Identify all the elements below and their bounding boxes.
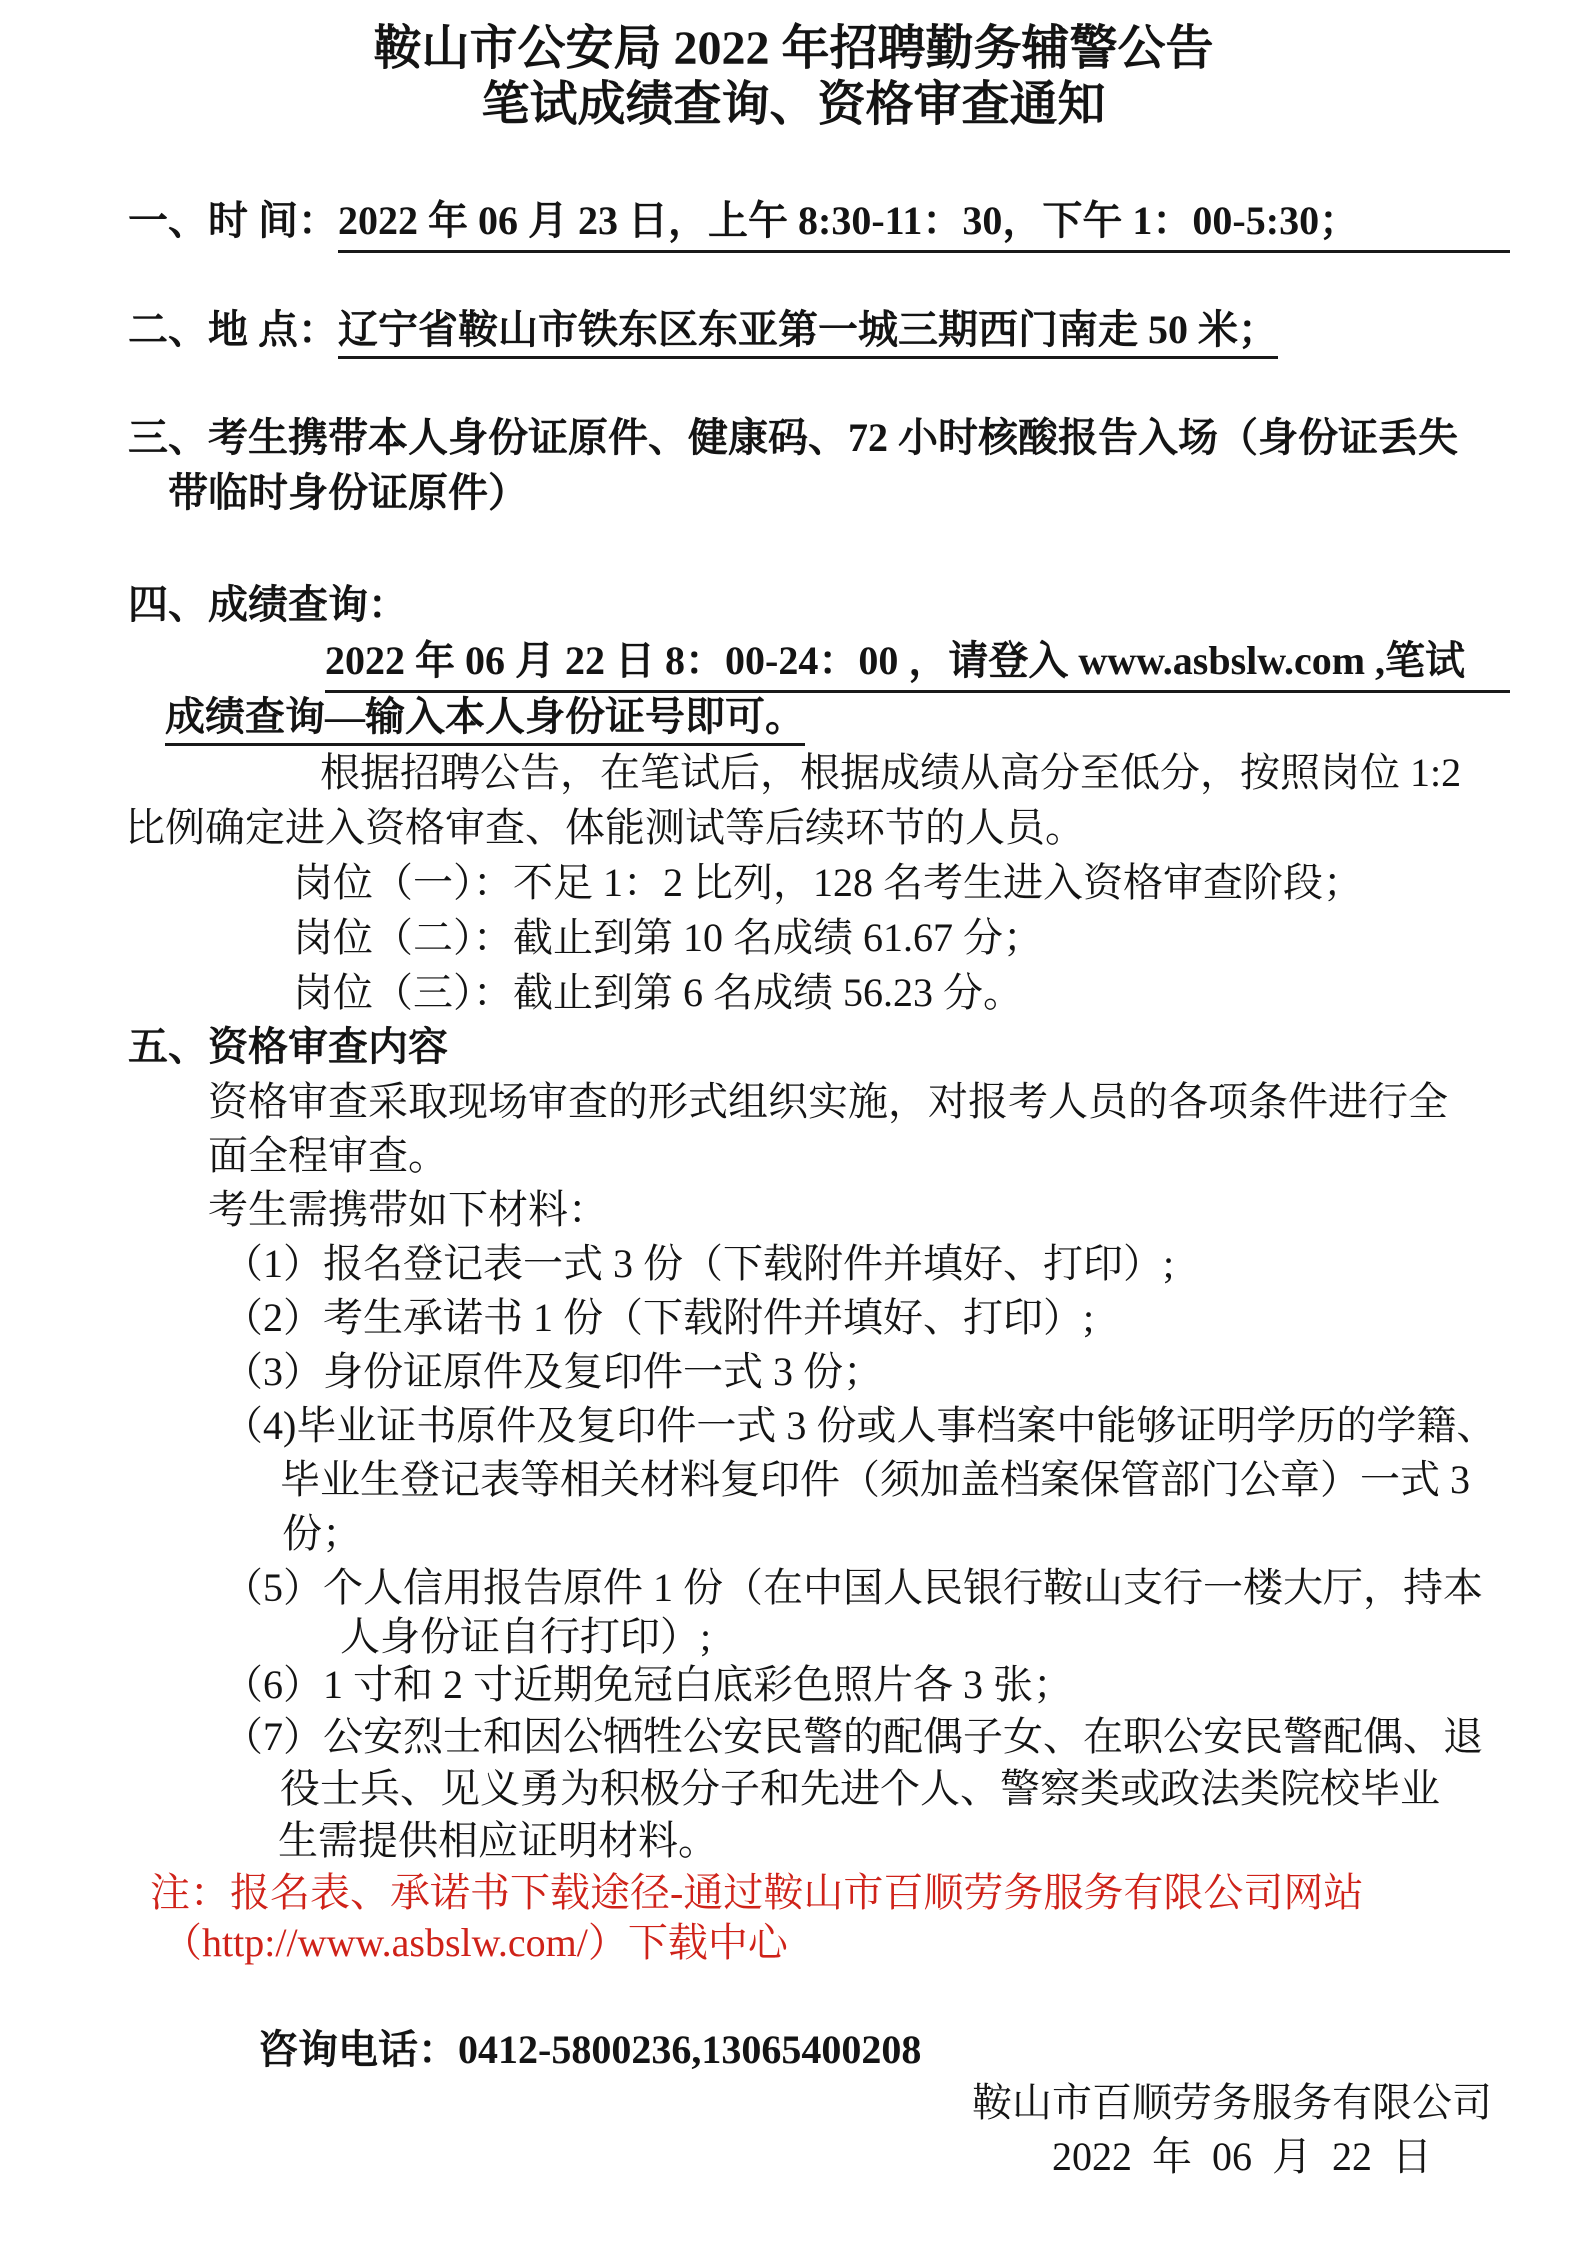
time-underline-fill <box>1359 249 1510 253</box>
material-item-7-line2: 役士兵、见义勇为积极分子和先进个人、警察类或政法类院校毕业 <box>0 1764 1510 1814</box>
document-title-line1: 鞍山市公安局 2022 年招聘勤务辅警公告 <box>0 22 1587 76</box>
material-item-1: （1）报名登记表一式 3 份（下载附件并填好、打印）; <box>0 1239 1510 1289</box>
section-location-label: 二、地 点： <box>128 307 338 352</box>
post-result-3: 岗位（三）：截止到第 6 名成绩 56.23 分。 <box>0 968 1510 1018</box>
section-location-value: 辽宁省鞍山市铁东区东亚第一城三期西门南走 50 米； <box>338 307 1278 359</box>
material-item-5-line1: （5）个人信用报告原件 1 份（在中国人民银行鞍山支行一楼大厅，持本 <box>0 1563 1510 1613</box>
qualification-body-line3: 考生需携带如下材料： <box>0 1185 1510 1235</box>
score-query-url-text2: 成绩查询—输入本人身份证号即可。 <box>165 694 805 746</box>
document-title-line2: 笔试成绩查询、资格审查通知 <box>0 78 1587 132</box>
section-entry-line1: 三、考生携带本人身份证原件、健康码、72 小时核酸报告入场（身份证丢失 <box>0 413 1510 463</box>
document-page: 鞍山市公安局 2022 年招聘勤务辅警公告 笔试成绩查询、资格审查通知 一、时 … <box>0 0 1587 2245</box>
score-query-url-text: 2022 年 06 月 22 日 8：00-24：00 ，请登入 www.asb… <box>325 636 1465 693</box>
section-time-value: 2022 年 06 月 23 日，上午 8:30-11：30，下午 1：00-5… <box>338 196 1359 253</box>
download-note-line1: 注：报名表、承诺书下载途径-通过鞍山市百顺劳务服务有限公司网站 <box>0 1868 1510 1918</box>
contact-phone: 咨询电话：0412-5800236,13065400208 <box>0 2025 1510 2075</box>
issuing-company: 鞍山市百顺劳务服务有限公司 <box>0 2078 1492 2128</box>
score-query-para-line1: 根据招聘公告，在笔试后，根据成绩从高分至低分，按照岗位 1:2 <box>0 748 1510 798</box>
material-item-3: （3）身份证原件及复印件一式 3 份； <box>0 1347 1510 1397</box>
material-item-4-line3: 份； <box>0 1509 1510 1559</box>
material-item-2: （2）考生承诺书 1 份（下载附件并填好、打印）; <box>0 1293 1510 1343</box>
material-item-6: （6）1 寸和 2 寸近期免冠白底彩色照片各 3 张； <box>0 1660 1510 1710</box>
score-query-para-line2: 比例确定进入资格审查、体能测试等后续环节的人员。 <box>0 803 1510 853</box>
section-qualification-label: 五、资格审查内容 <box>0 1022 1510 1072</box>
section-location: 二、地 点：辽宁省鞍山市铁东区东亚第一城三期西门南走 50 米； <box>0 305 1510 355</box>
material-item-5-line2: 人身份证自行打印）; <box>0 1612 1510 1662</box>
post-result-2: 岗位（二）：截止到第 10 名成绩 61.67 分； <box>0 913 1510 963</box>
section-time-label: 一、时 间： <box>128 196 338 246</box>
section-time: 一、时 间：2022 年 06 月 23 日，上午 8:30-11：30，下午 … <box>0 196 1510 253</box>
qualification-body-line2: 面全程审查。 <box>0 1131 1510 1181</box>
section-entry-line2: 带临时身份证原件） <box>0 468 1510 518</box>
download-note-url-line2: （http://www.asbslw.com/）下载中心 <box>0 1918 1510 1968</box>
material-item-7-line3: 生需提供相应证明材料。 <box>0 1816 1510 1866</box>
score-query-url-line2: 成绩查询—输入本人身份证号即可。 <box>0 692 1510 742</box>
qualification-body-line1: 资格审查采取现场审查的形式组织实施，对报考人员的各项条件进行全 <box>0 1077 1510 1127</box>
section-score-query-label: 四、成绩查询： <box>0 580 1510 630</box>
issue-date: 2022 年 06 月 22 日 <box>0 2132 1432 2182</box>
material-item-7-line1: （7）公安烈士和因公牺牲公安民警的配偶子女、在职公安民警配偶、退 <box>0 1712 1510 1762</box>
post-result-1: 岗位（一）：不足 1：2 比列，128 名考生进入资格审查阶段； <box>0 858 1510 908</box>
material-item-4-line1: （4)毕业证书原件及复印件一式 3 份或人事档案中能够证明学历的学籍、 <box>0 1401 1510 1451</box>
score-query-url-line1: 2022 年 06 月 22 日 8：00-24：00 ，请登入 www.asb… <box>0 636 1510 693</box>
material-item-4-line2: 毕业生登记表等相关材料复印件（须加盖档案保管部门公章）一式 3 <box>0 1455 1510 1505</box>
